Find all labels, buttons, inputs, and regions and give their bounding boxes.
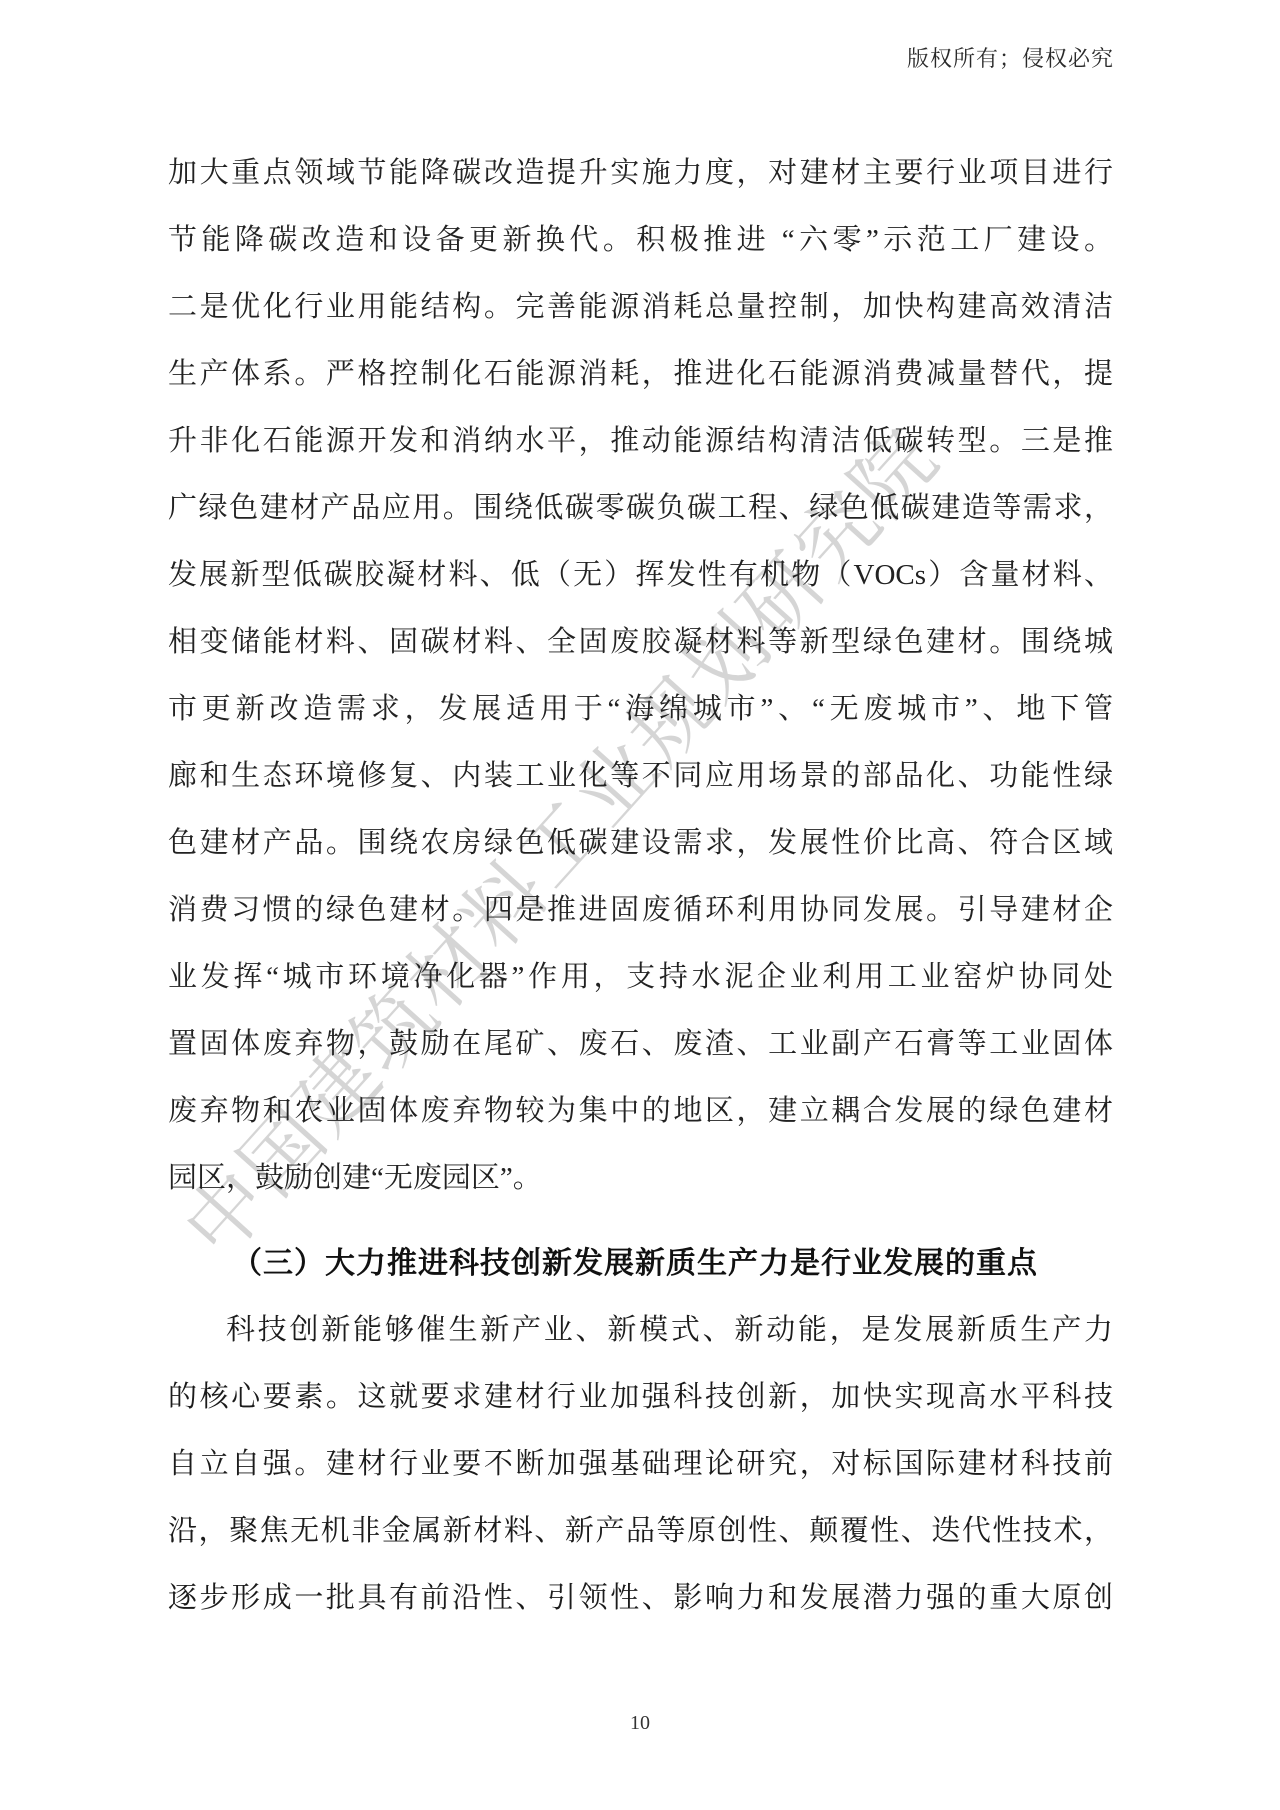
text-line: 升非化石能源开发和消纳水平，推动能源结构清洁低碳转型。三是推 bbox=[168, 408, 1113, 475]
text-line: 节能降碳改造和设备更新换代。积极推进 “六零”示范工厂建设。 bbox=[168, 207, 1113, 274]
text-line: 废弃物和农业固体废弃物较为集中的地区，建立耦合发展的绿色建材 bbox=[168, 1078, 1113, 1145]
copyright-notice: 版权所有；侵权必究 bbox=[907, 42, 1114, 73]
text-line: 沿，聚焦无机非金属新材料、新产品等原创性、颠覆性、迭代性技术， bbox=[168, 1498, 1113, 1565]
text-line: 自立自强。建材行业要不断加强基础理论研究，对标国际建材科技前 bbox=[168, 1431, 1113, 1498]
paragraph-2: 科技创新能够催生新产业、新模式、新动能，是发展新质生产力 的核心要素。这就要求建… bbox=[168, 1297, 1113, 1632]
text-line: 廊和生态环境修复、内装工业化等不同应用场景的部品化、功能性绿 bbox=[168, 743, 1113, 810]
text-line: 园区，鼓励创建“无废园区”。 bbox=[168, 1145, 1113, 1212]
document-page: 版权所有；侵权必究 中国建筑材料工业规划研究院 加大重点领域节能降碳改造提升实施… bbox=[0, 0, 1280, 1810]
paragraph-1: 加大重点领域节能降碳改造提升实施力度，对建材主要行业项目进行 节能降碳改造和设备… bbox=[168, 140, 1113, 1212]
text-line: 消费习惯的绿色建材。四是推进固废循环利用协同发展。引导建材企 bbox=[168, 877, 1113, 944]
text-line: 加大重点领域节能降碳改造提升实施力度，对建材主要行业项目进行 bbox=[168, 140, 1113, 207]
page-number: 10 bbox=[0, 1712, 1280, 1735]
text-line: 的核心要素。这就要求建材行业加强科技创新，加快实现高水平科技 bbox=[168, 1364, 1113, 1431]
text-line: 科技创新能够催生新产业、新模式、新动能，是发展新质生产力 bbox=[168, 1297, 1113, 1364]
text-line: 广绿色建材产品应用。围绕低碳零碳负碳工程、绿色低碳建造等需求， bbox=[168, 475, 1113, 542]
text-line: 置固体废弃物，鼓励在尾矿、废石、废渣、工业副产石膏等工业固体 bbox=[168, 1011, 1113, 1078]
text-line: 发展新型低碳胶凝材料、低（无）挥发性有机物（VOCs）含量材料、 bbox=[168, 542, 1113, 609]
document-body: 加大重点领域节能降碳改造提升实施力度，对建材主要行业项目进行 节能降碳改造和设备… bbox=[168, 140, 1113, 1632]
text-line: 二是优化行业用能结构。完善能源消耗总量控制，加快构建高效清洁 bbox=[168, 274, 1113, 341]
text-line: 相变储能材料、固碳材料、全固废胶凝材料等新型绿色建材。围绕城 bbox=[168, 609, 1113, 676]
text-line: 市更新改造需求，发展适用于“海绵城市”、“无废城市”、地下管 bbox=[168, 676, 1113, 743]
text-line: 色建材产品。围绕农房绿色低碳建设需求，发展性价比高、符合区域 bbox=[168, 810, 1113, 877]
text-line: 生产体系。严格控制化石能源消耗，推进化石能源消费减量替代，提 bbox=[168, 341, 1113, 408]
text-line: 逐步形成一批具有前沿性、引领性、影响力和发展潜力强的重大原创 bbox=[168, 1565, 1113, 1632]
text-line: 业发挥“城市环境净化器”作用，支持水泥企业利用工业窑炉协同处 bbox=[168, 944, 1113, 1011]
section-heading: （三）大力推进科技创新发展新质生产力是行业发展的重点 bbox=[168, 1230, 1113, 1297]
